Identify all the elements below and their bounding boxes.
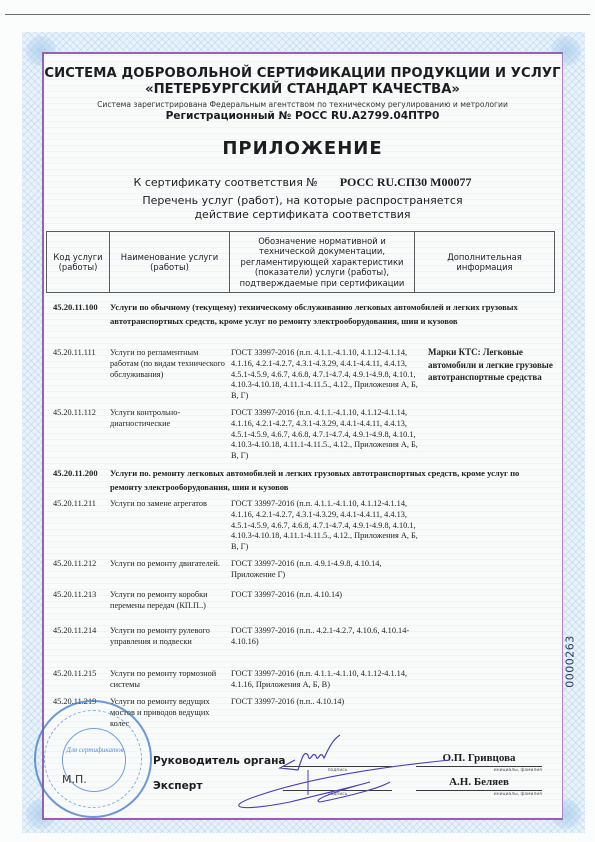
row-name: Услуги по ремонту коробки перемены перед… xyxy=(110,590,228,612)
row-code: 45.20.11.215 xyxy=(53,669,96,680)
group-title: Услуги по обычному (текущему) техническо… xyxy=(110,301,550,328)
row-documents: ГОСТ 33997-2016 (п.п. 4.1.1.-4.1.10, 4.1… xyxy=(231,499,425,553)
seal-stamp-icon: Для сертификатов xyxy=(34,700,152,818)
list-title-line2: действие сертификата соответствия xyxy=(42,208,563,221)
row-code: 45.20.11.112 xyxy=(53,408,96,419)
page-title: ПРИЛОЖЕНИЕ xyxy=(42,138,563,159)
signatory-role-expert: Эксперт xyxy=(153,780,202,792)
service-group: 45.20.11.200Услуги по. ремонту легковых … xyxy=(53,467,553,494)
system-title-line1: СИСТЕМА ДОБРОВОЛЬНОЙ СЕРТИФИКАЦИИ ПРОДУК… xyxy=(42,66,563,81)
row-documents: ГОСТ 33997-2016 (п.п.. 4.10.14) xyxy=(231,697,425,708)
registration-note: Система зарегистрирована Федеральным аге… xyxy=(42,100,563,109)
row-code: 45.20.11.111 xyxy=(53,348,96,359)
row-documents: ГОСТ 33997-2016 (п.п.. 4.2.1-4.2.7, 4.10… xyxy=(231,626,425,648)
top-rule xyxy=(5,14,590,15)
row-documents: ГОСТ 33997-2016 (п.п. 4.1.1.-4.1.10, 4.1… xyxy=(231,669,425,691)
handwritten-signature-icon xyxy=(200,720,460,815)
service-group: 45.20.11.100Услуги по обычному (текущему… xyxy=(53,301,553,328)
row-name: Услуги контрольно-диагностические xyxy=(110,408,228,430)
certificate-number: РОСС RU.СП30 М00077 xyxy=(340,175,472,189)
name-caption: инициалы, фамилия xyxy=(450,792,542,797)
row-code: 45.20.11.213 xyxy=(53,590,96,601)
group-code: 45.20.11.100 xyxy=(53,301,110,315)
column-header-documents: Обозначение нормативной и технической до… xyxy=(230,232,415,293)
group-code: 45.20.11.200 xyxy=(53,467,110,481)
column-header-name: Наименование услуги (работы) xyxy=(110,232,230,293)
name-caption: инициалы, фамилия xyxy=(450,768,542,773)
column-header-code: Код услуги (работы) xyxy=(47,232,110,293)
row-documents: ГОСТ 33997-2016 (п.п. 4.1.1.-4.1.10, 4.1… xyxy=(231,348,425,402)
serial-number: 0000263 xyxy=(560,630,580,700)
row-code: 45.20.11.211 xyxy=(53,499,96,510)
row-documents: ГОСТ 33997-2016 (п.п. 4.1.1.-4.1.10, 4.1… xyxy=(231,408,425,462)
row-name: Услуги по ремонту рулевого управления и … xyxy=(110,626,228,648)
certificate-label: К сертификату соответствия № xyxy=(134,176,318,189)
system-title-line2: «ПЕТЕРБУРГСКИЙ СТАНДАРТ КАЧЕСТВА» xyxy=(42,82,563,97)
column-header-info: Дополнительная информация xyxy=(415,232,555,293)
registration-number: Регистрационный № РОСС RU.A2799.04ПТР0 xyxy=(42,110,563,122)
list-title-line1: Перечень услуг (работ), на которые распр… xyxy=(42,194,563,207)
certificate-reference: К сертификату соответствия №РОСС RU.СП30… xyxy=(42,175,563,190)
serial-number-text: 0000263 xyxy=(564,627,577,697)
group-title: Услуги по. ремонту легковых автомобилей … xyxy=(110,467,550,494)
stamp-center-text: Для сертификатов xyxy=(62,746,128,754)
row-name: Услуги по ремонту тормозной системы xyxy=(110,669,228,691)
row-name: Услуги по ремонту двигателей. xyxy=(110,559,228,570)
row-code: 45.20.11.212 xyxy=(53,559,96,570)
services-table-header: Код услуги (работы) Наименование услуги … xyxy=(46,231,555,293)
row-name: Услуги по замене агрегатов xyxy=(110,499,228,510)
row-documents: ГОСТ 33997-2016 (п.п. 4.10.14) xyxy=(231,590,425,601)
mp-label: М.П. xyxy=(62,773,87,786)
row-additional-info: Марки КТС: Легковые автомобили и легкие … xyxy=(428,346,553,384)
row-documents: ГОСТ 33997-2016 (п.п. 4.9.1-4.9.8, 4.10.… xyxy=(231,559,425,581)
row-code: 45.20.11.214 xyxy=(53,626,96,637)
row-name: Услуги по регламентным работам (по видам… xyxy=(110,348,228,380)
